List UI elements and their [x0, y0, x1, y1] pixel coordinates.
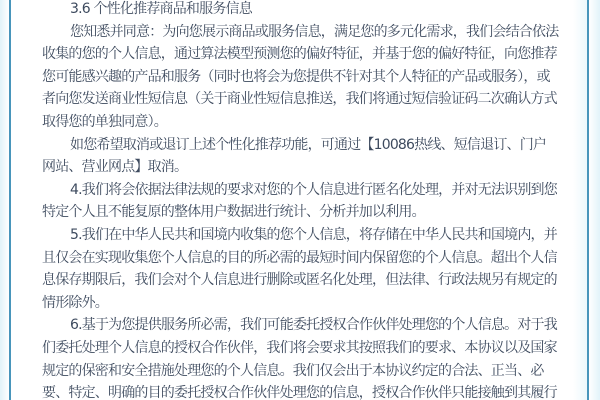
page-border-line-right [587, 0, 589, 400]
page-edge-tint-left [0, 0, 9, 400]
text-line: 4.我们将会依据法律法规的要求对您的个人信息进行匿名化处理，并对无法识别到您 [42, 179, 560, 202]
agreement-text-body: 3.6 个性化推荐商品和服务信息您知悉并同意：为向您展示商品或服务信息，满足您的… [42, 0, 560, 400]
text-line: 息保存期限后，我们会对个人信息进行删除或匿名化处理，但法律、行政法规另有规定的 [42, 269, 560, 292]
text-line: 收集的您的个人信息，通过算法模型预测您的偏好特征，并基于您的偏好特征，向您推荐 [42, 43, 560, 66]
text-line: 6.基于为您提供服务所必需，我们可能委托授权合作伙伴处理您的个人信息。对于我 [42, 314, 560, 337]
page-edge-tint-right [589, 0, 600, 400]
text-line: 规定的保密和安全措施处理您的个人信息。我们仅会出于本协议约定的合法、正当、必 [42, 360, 560, 383]
text-line: 您知悉并同意：为向您展示商品或服务信息，满足您的多元化需求，我们会结合依法 [42, 21, 560, 44]
text-line: 如您希望取消或退订上述个性化推荐功能，可通过【10086热线、短信退订、门户 [42, 134, 560, 157]
text-line: 情形除外。 [42, 292, 560, 315]
page-edge-tint-right-inner [573, 0, 587, 400]
document-page: 3.6 个性化推荐商品和服务信息您知悉并同意：为向您展示商品或服务信息，满足您的… [0, 0, 600, 400]
text-line: 要、特定、明确的目的委托授权合作伙伴处理您的信息，授权合作伙伴只能接触到其履行 [42, 382, 560, 400]
text-line: 们委托处理个人信息的授权合作伙伴，我们将会要求其按照我们的要求、本协议以及国家 [42, 337, 560, 360]
text-line: 5.我们在中华人民共和国境内收集的您个人信息，将存储在中华人民共和国境内，并 [42, 224, 560, 247]
text-line: 3.6 个性化推荐商品和服务信息 [42, 0, 560, 21]
text-line: 且仅会在实现收集您个人信息的目的所必需的最短时间内保留您的个人信息。超出个人信 [42, 247, 560, 270]
text-line: 取得您的单独同意）。 [42, 111, 560, 134]
page-border-line-left [9, 0, 11, 400]
text-line: 您可能感兴趣的产品和服务（同时也将会为您提供不针对其个人特征的产品或服务），或 [42, 66, 560, 89]
text-line: 特定个人且不能复原的整体用户数据进行统计、分析并加以利用。 [42, 201, 560, 224]
text-line: 网站、营业网点】取消。 [42, 156, 560, 179]
text-line: 者向您发送商业性短信息（关于商业性短信息推送，我们将通过短信验证码二次确认方式 [42, 88, 560, 111]
